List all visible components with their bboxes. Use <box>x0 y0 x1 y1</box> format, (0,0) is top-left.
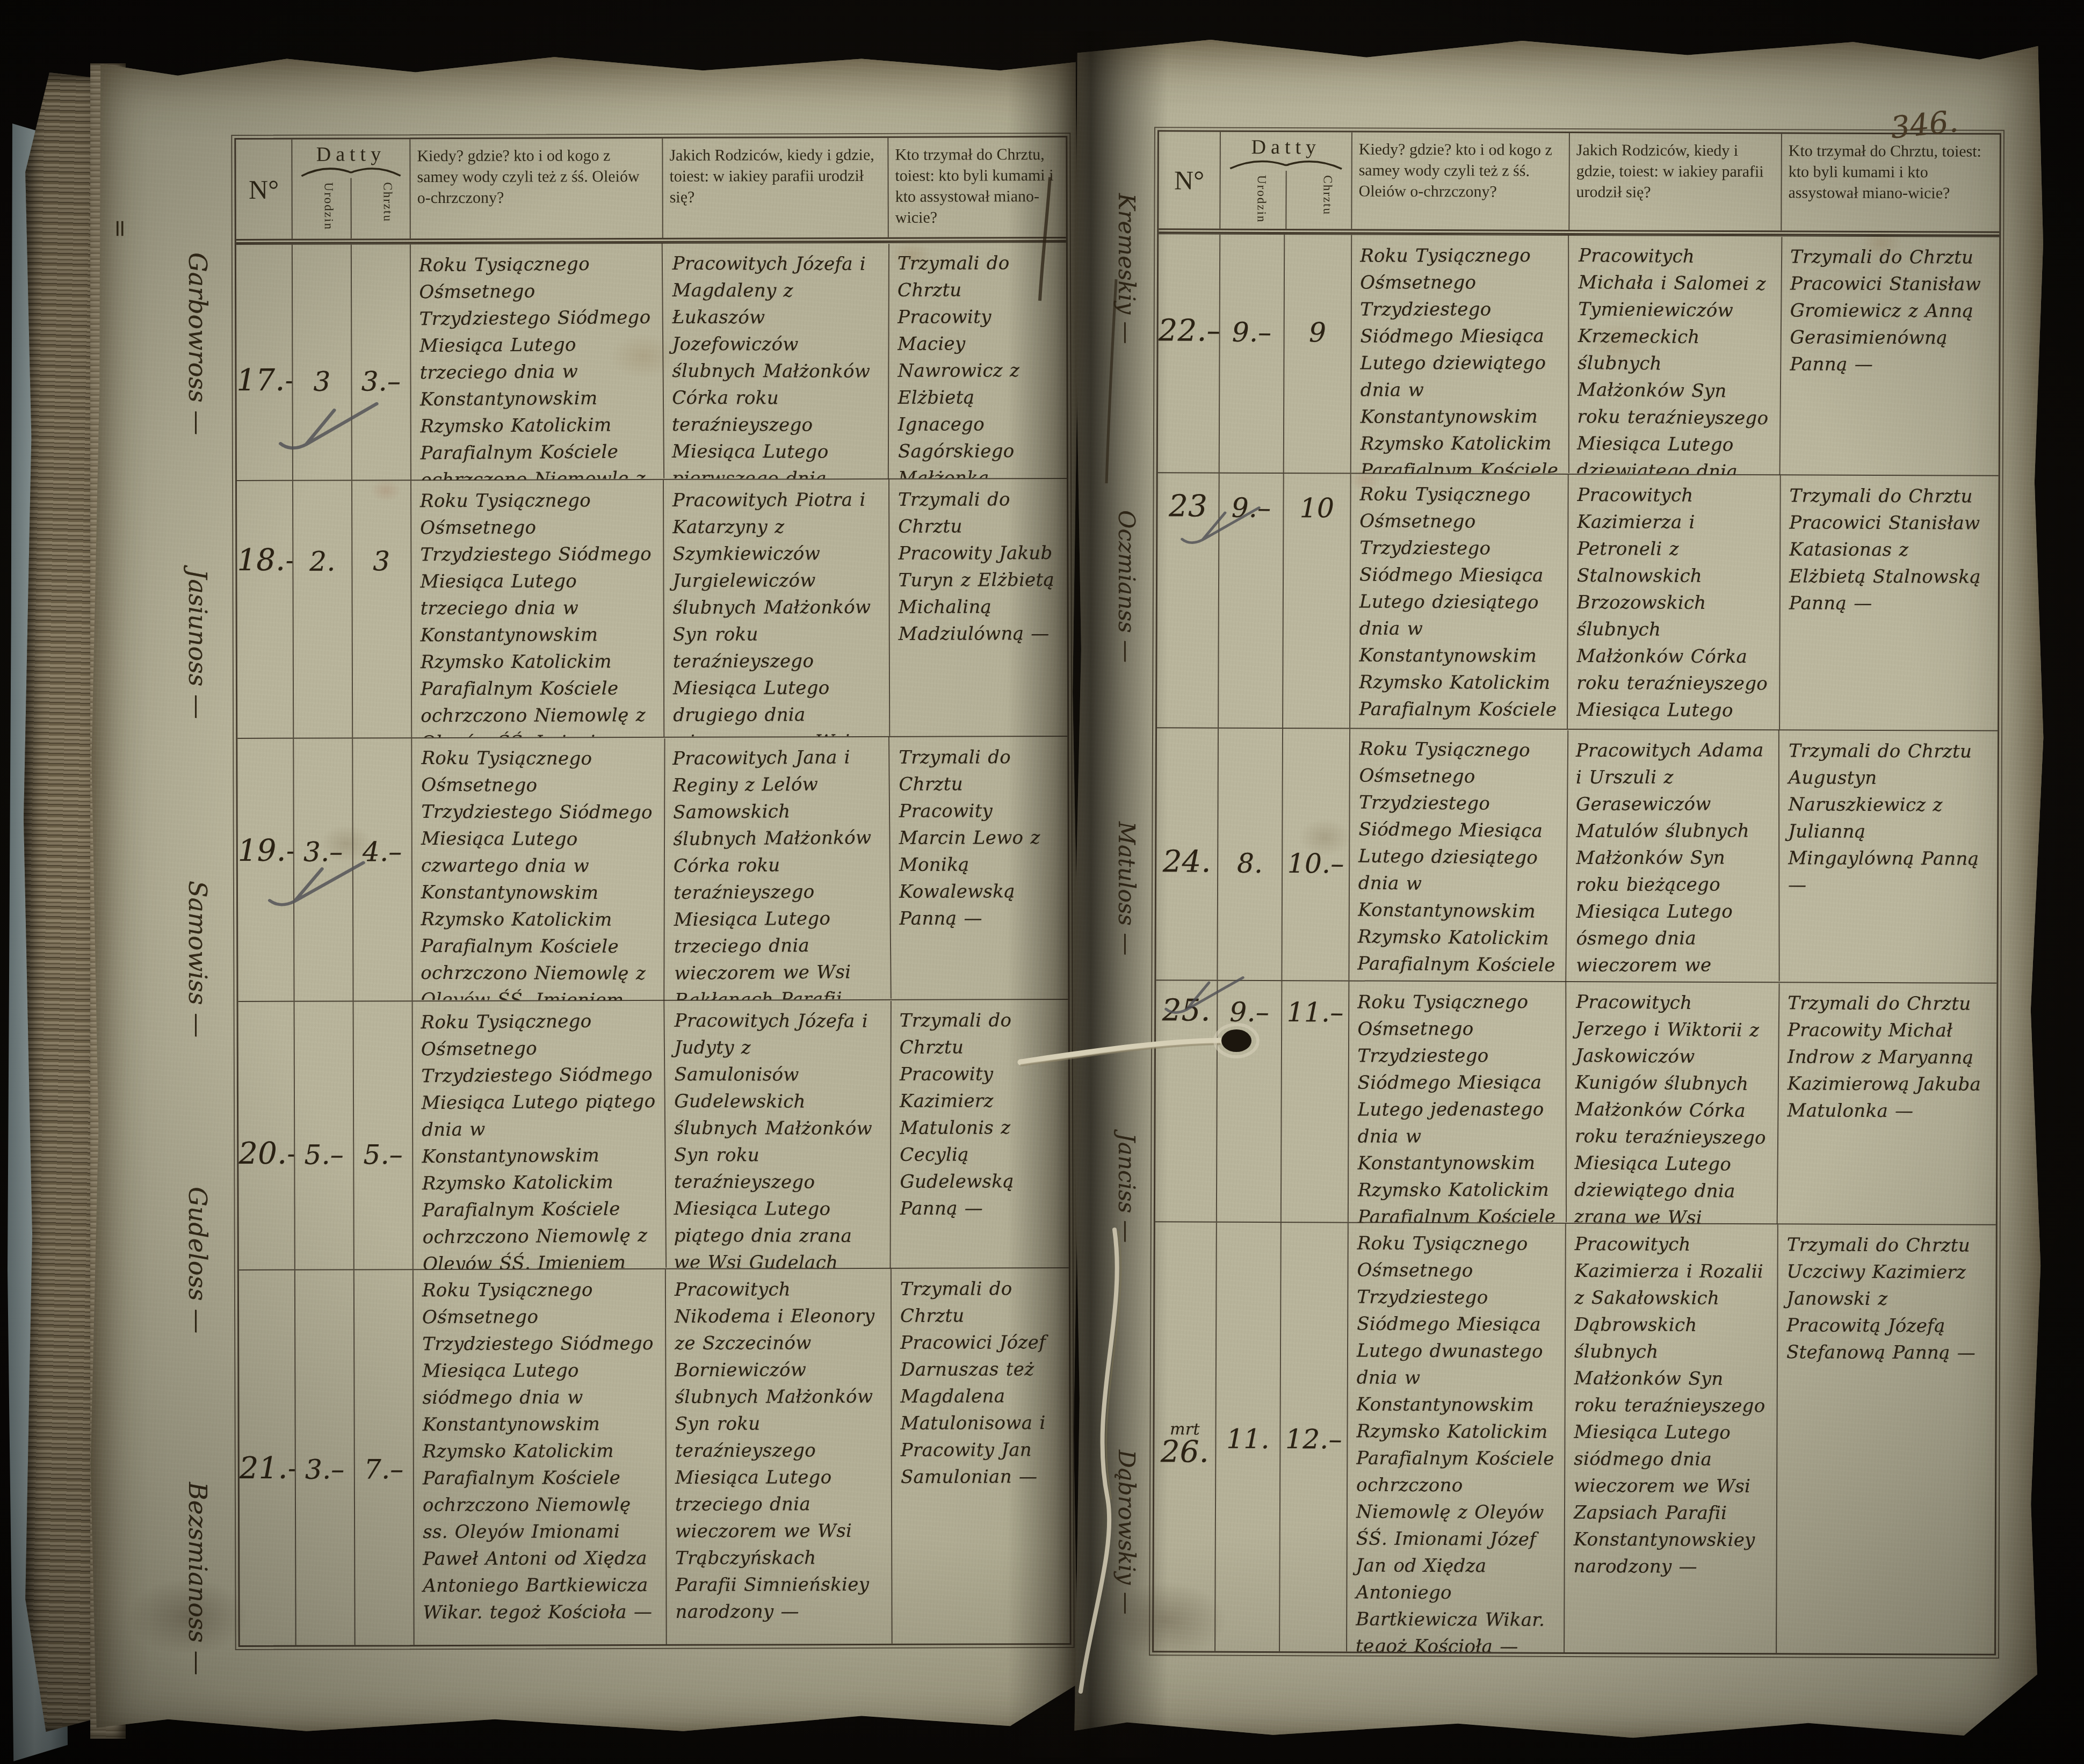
record-kiedy: Roku Tysiącznego Ośmsetnego Trzydziesteg… <box>410 243 664 481</box>
gutter-annotation: Oczmianss — <box>1113 510 1140 663</box>
header-datty: Datty Urodzin Chrztu <box>292 139 410 239</box>
datty-label: Datty <box>1251 135 1321 159</box>
margin-annotation: Gudeloss — <box>183 1187 212 1333</box>
record-rodzice: Pracowitych Nikodema i Eleonory ze Szcze… <box>666 1269 893 1644</box>
record-urodzin-cell: 11. <box>1215 1223 1282 1651</box>
record-no: 17.– <box>236 363 292 398</box>
record-chrztu: 12.– <box>1280 1424 1347 1455</box>
record-chrztu: 3 <box>352 546 410 577</box>
record-chrztu: 9 <box>1285 317 1351 348</box>
header-no: N° <box>236 140 292 239</box>
record-row: 18.– 2. 3 Roku Tysiącznego Ośmsetnego Tr… <box>237 478 1067 738</box>
record-chrztu-cell: 7.– <box>354 1270 415 1645</box>
record-kiedy: Roku Tysiącznego Ośmsetnego Trzydziesteg… <box>411 480 664 737</box>
record-rodzice: Pracowitych Józefa i Magdaleny z Łukaszó… <box>663 243 889 479</box>
record-urodzin-cell: 9.– <box>1220 235 1285 473</box>
record-row: mrt26. 11. 12.– Roku Tysiącznego Ośmsetn… <box>1154 1221 1996 1653</box>
record-rodzice: Pracowitych Michała i Salomei z Tymienie… <box>1568 235 1783 475</box>
gutter-annotation: Dąbrowskiy — <box>1113 1450 1140 1614</box>
datty-label: Datty <box>316 142 386 166</box>
record-kiedy: Roku Tysiącznego Ośmsetnego Trzydziesteg… <box>412 1000 667 1270</box>
record-row: 20.– 5.– 5.– Roku Tysiącznego Ośmsetnego… <box>238 999 1069 1269</box>
chrztu-label: Chrztu <box>380 182 394 222</box>
record-no-cell: 24. <box>1156 728 1219 979</box>
record-kumowie: Trzymali do Chrztu Pracowici Józef Darnu… <box>892 1268 1070 1644</box>
table-header: N° Datty Urodzin Chrztu Kiedy? gdzie? kt… <box>236 137 1066 244</box>
record-urodzin: 5.– <box>295 1139 353 1170</box>
record-no: 20.– <box>238 1136 294 1171</box>
header-chrztu: Chrztu <box>1285 171 1351 229</box>
record-rodzice: Pracowitych Kazimierza i Rozalii z Sakał… <box>1565 1224 1778 1653</box>
record-kumowie: Trzymali do Chrztu Pracowici Stanisław K… <box>1780 475 1999 730</box>
header-no: N° <box>1159 132 1221 228</box>
gutter-annotation: Kremeskiy — <box>1113 193 1140 344</box>
datty-subcolumns: Urodzin Chrztu <box>293 178 410 239</box>
record-kumowie: Trzymali do Chrztu Pracowity Maciey Nawr… <box>889 243 1067 478</box>
record-chrztu: 7.– <box>355 1454 413 1485</box>
record-no: 21.– <box>240 1451 295 1486</box>
chrztu-label: Chrztu <box>1320 175 1334 215</box>
record-kiedy: Roku Tysiącznego Ośmsetnego Trzydziesteg… <box>1350 474 1569 729</box>
record-kiedy: Roku Tysiącznego Ośmsetnego Trzydziesteg… <box>1349 982 1567 1223</box>
pencil-checkmark <box>1163 975 1249 1015</box>
pencil-checkmark <box>1179 505 1265 545</box>
record-kumowie: Trzymali do Chrztu Pracowity Marcin Lewo… <box>890 737 1068 999</box>
record-no-cell: 20.– <box>238 1002 295 1269</box>
record-no-cell: 21.– <box>239 1271 296 1645</box>
urodzin-label: Urodzin <box>321 183 335 230</box>
record-urodzin-cell: 3.– <box>295 1270 356 1645</box>
record-urodzin: 9.– <box>1220 317 1284 348</box>
record-kumowie: Trzymali do Chrztu Pracowity Kazimierz M… <box>891 1000 1069 1268</box>
margin-annotation: Bezsmianoss — <box>183 1482 212 1675</box>
header-urodzin: Urodzin <box>293 178 351 238</box>
register-sheet: N° Datty Urodzin Chrztu Kiedy? gdzie? kt… <box>1152 130 2001 1655</box>
record-rodzice: Pracowitych Adama i Urszuli z Gerasewicz… <box>1567 730 1780 982</box>
gutter-annotation: Matuloss — <box>1113 822 1140 955</box>
record-no: 22.– <box>1159 313 1219 348</box>
record-no: 26. <box>1154 1434 1215 1469</box>
brace-icon <box>298 164 403 178</box>
header-kiedy: Kiedy? gdzie? kto i od kogo z samey wody… <box>410 139 663 238</box>
record-urodzin: 11. <box>1216 1424 1279 1455</box>
document-scan: 346. = N° Datty Urodzin Chrztu Kiedy? gd… <box>0 0 2084 1764</box>
no-label: N° <box>1174 164 1204 195</box>
record-chrztu-cell: 12.– <box>1280 1223 1349 1651</box>
header-rodzice: Jakich Rodziców, kiedy i gdzie, toiest: … <box>663 138 888 238</box>
record-urodzin-cell: 9.– <box>1217 981 1283 1222</box>
margin-annotation: Garbowross — <box>183 252 212 435</box>
record-row: 23 9.– 10 Roku Tysiącznego Ośmsetnego Tr… <box>1157 472 1999 730</box>
header-kiedy: Kiedy? gdzie? kto i od kogo z samey wody… <box>1352 133 1570 230</box>
pencil-checkmark <box>277 400 384 451</box>
gutter-annotation: Janciss — <box>1113 1133 1140 1243</box>
record-chrztu-cell: 10 <box>1283 474 1351 728</box>
record-chrztu: 11.– <box>1282 997 1348 1028</box>
header-rodzice: Jakich Rodziców, kiedy i gdzie, toiest: … <box>1569 133 1782 230</box>
record-chrztu: 10 <box>1284 492 1350 524</box>
table-header: N° Datty Urodzin Chrztu Kiedy? gdzie? kt… <box>1159 132 2000 236</box>
pencil-checkmark <box>266 859 371 908</box>
header-kumowie: Kto trzymał do Chrztu, toiest: kto byli … <box>1782 134 2000 231</box>
record-no-cell: 25. <box>1155 981 1218 1221</box>
record-kiedy: Roku Tysiącznego Ośmsetnego Trzydziesteg… <box>414 1269 667 1645</box>
record-rodzice: Pracowitych Piotra i Katarzyny z Szymkie… <box>664 480 890 737</box>
record-kumowie: Trzymali do Chrztu Augustyn Naruszkiewic… <box>1779 730 1998 982</box>
brace-icon <box>1227 157 1345 171</box>
record-row: 25. 9.– 11.– Roku Tysiącznego Ośmsetnego… <box>1155 979 1997 1224</box>
no-label: N° <box>249 173 279 205</box>
page-number: 346. <box>1889 104 1960 146</box>
record-urodzin-cell: 8. <box>1218 729 1283 980</box>
record-urodzin: 3 <box>293 366 351 397</box>
record-kiedy: Roku Tysiącznego Ośmsetnego Trzydziesteg… <box>1349 728 1568 982</box>
record-kiedy: Roku Tysiącznego Ośmsetnego Trzydziesteg… <box>1347 1223 1566 1652</box>
record-chrztu-cell: 3 <box>352 481 412 737</box>
margin-annotation: Samowiss — <box>183 881 212 1037</box>
record-rodzice: Pracowitych Józefa i Judyty z Samulonisó… <box>665 1000 892 1268</box>
record-no-cell: 22.– <box>1158 234 1221 472</box>
record-chrztu-cell: 9 <box>1284 235 1352 473</box>
record-kumowie: Trzymali do Chrztu Pracowity Jakub Turyn… <box>889 479 1067 736</box>
record-urodzin-cell: 2. <box>293 481 353 737</box>
record-urodzin: 8. <box>1218 848 1282 879</box>
datty-subcolumns: Urodzin Chrztu <box>1220 171 1351 229</box>
record-chrztu: 10.– <box>1283 848 1349 879</box>
urodzin-label: Urodzin <box>1255 175 1269 223</box>
header-datty: Datty Urodzin Chrztu <box>1220 132 1352 229</box>
record-urodzin: 3.– <box>296 1454 354 1485</box>
record-no: 24. <box>1156 844 1217 879</box>
record-rodzice: Pracowitych Kazimierza i Petroneli z Sta… <box>1568 475 1781 729</box>
record-rodzice: Pracowitych Jana i Reginy z Lelów Samows… <box>664 737 892 1000</box>
record-rodzice: Pracowitych Jerzego i Wiktorii z Jaskowi… <box>1566 982 1780 1224</box>
record-kumowie: Trzymali do Chrztu Pracowity Michał Indr… <box>1778 983 1997 1224</box>
header-chrztu: Chrztu <box>351 178 410 238</box>
record-urodzin: 2. <box>293 546 351 577</box>
header-urodzin: Urodzin <box>1220 171 1285 229</box>
record-kiedy: Roku Tysiącznego Ośmsetnego Trzydziesteg… <box>412 738 665 1000</box>
record-chrztu-cell: 11.– <box>1282 981 1350 1222</box>
record-no-cell: mrt26. <box>1154 1222 1217 1651</box>
record-kumowie: Trzymali do Chrztu Uczciwy Kazimierz Jan… <box>1777 1224 1996 1653</box>
record-kumowie: Trzymali do Chrztu Pracowici Stanisław G… <box>1781 236 2000 475</box>
margin-mark: = <box>106 219 134 238</box>
record-chrztu: 5.– <box>354 1139 412 1170</box>
header-kumowie: Kto trzymał do Chrztu, toiest: kto byli … <box>888 137 1066 237</box>
margin-annotation: Jasiunoss — <box>183 569 212 719</box>
record-row: 21.– 3.– 7.– Roku Tysiącznego Ośmsetnego… <box>239 1267 1070 1645</box>
record-chrztu-cell: 10.– <box>1282 729 1350 980</box>
record-kiedy: Roku Tysiącznego Ośmsetnego Trzydziesteg… <box>1351 235 1569 474</box>
record-chrztu-cell: 5.– <box>354 1001 414 1269</box>
record-no-cell: 18.– <box>237 481 294 738</box>
record-no: 18.– <box>237 543 292 578</box>
record-chrztu: 3.– <box>352 366 410 397</box>
record-urodzin-cell: 5.– <box>295 1001 354 1269</box>
record-row: 24. 8. 10.– Roku Tysiącznego Ośmsetnego … <box>1156 727 1998 982</box>
record-row: 22.– 9.– 9 Roku Tysiącznego Ośmsetnego T… <box>1158 233 2000 475</box>
